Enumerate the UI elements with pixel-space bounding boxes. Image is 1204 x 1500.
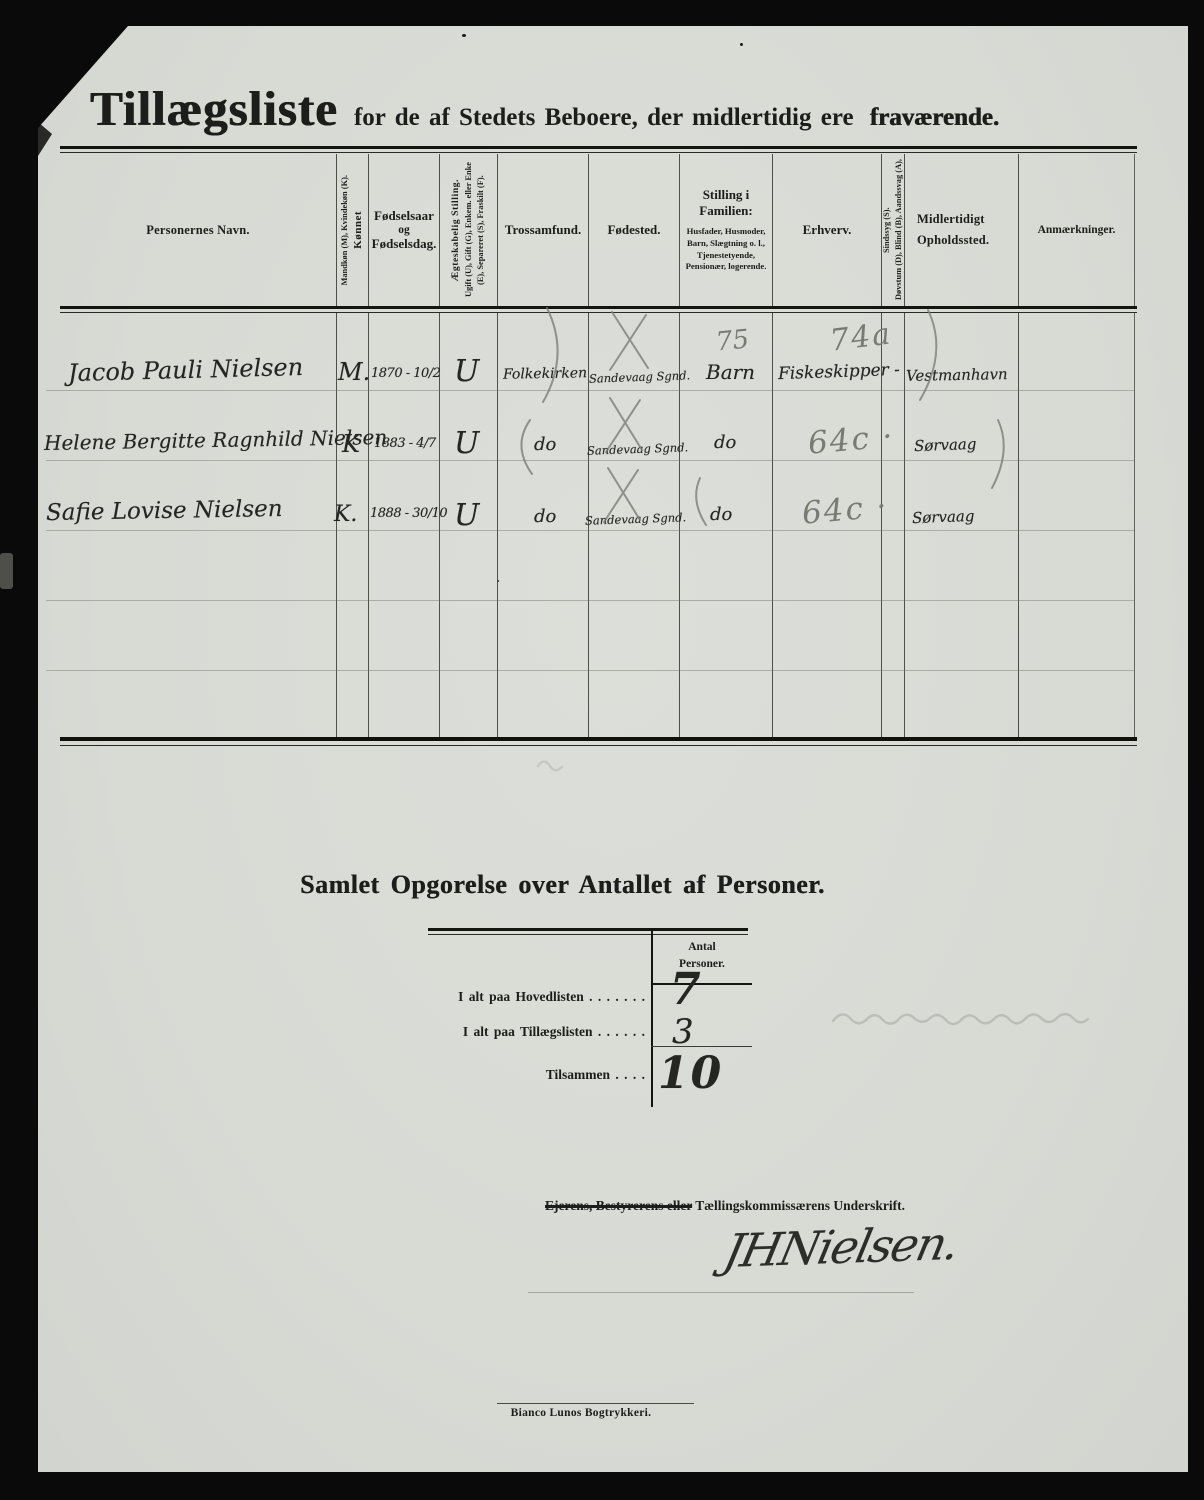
entry-row3-family-position: do <box>710 504 732 525</box>
summary-value-tillaegslisten: 3 <box>672 1012 694 1052</box>
page-title: Tillægsliste for de af Stedets Beboere, … <box>90 80 999 137</box>
summary-column-header-line: Antal <box>654 939 750 956</box>
column-header-kon: Mandkøn (M), Kvindekøn (K). Kønnet <box>336 154 368 306</box>
table-top-rule <box>60 146 1137 153</box>
form-subtitle-emphasis: fraværende. <box>870 104 999 132</box>
entry-row3-name: Safie Lovise Nielsen <box>46 496 283 526</box>
column-header-fodested: Fødested. <box>588 154 679 306</box>
row-rule <box>46 460 1134 461</box>
column-header-dovstum: Døvstum (D), Blind (B), Aandssvag (A), S… <box>881 154 904 306</box>
signature-baseline <box>528 1292 914 1293</box>
column-header-line: Fødselsaar <box>374 208 434 224</box>
entry-row3-sex: K. <box>334 502 357 527</box>
column-header-label: Ægteskabelig Stilling. <box>450 179 461 281</box>
ghost-mark <box>538 762 562 771</box>
column-header-label: Anmærkninger. <box>1038 224 1116 236</box>
entry-row2-temporary-residence: Sørvaag <box>914 435 977 455</box>
column-header-label: Fødested. <box>607 222 660 238</box>
entry-row1-occupation: Fiskeskipper - <box>778 360 901 384</box>
entry-row2-religion: do <box>534 434 556 455</box>
column-header-aegteskabelig: Ægteskabelig Stilling. Ugift (U), Gift (… <box>439 154 497 306</box>
table-header-row: Personernes Navn. Mandkøn (M), Kvindekøn… <box>60 154 1137 306</box>
entry-row2-birthdate: 1883 - 4/7 <box>374 436 436 451</box>
row-rule <box>46 530 1134 531</box>
summary-vertical-rule <box>651 931 653 1107</box>
column-header-label: Personernes Navn. <box>146 223 249 238</box>
column-header-trossamfund: Trossamfund. <box>497 154 588 306</box>
form-title: Tillægsliste <box>90 80 338 137</box>
scanned-census-page: { "document": { "title": "Tillægsliste",… <box>0 0 1204 1500</box>
entry-row2-marital: U <box>454 426 479 461</box>
entry-row1-family-position: Barn <box>706 360 755 384</box>
entry-row2-family-position: do <box>714 432 736 453</box>
handwritten-signature: JHNielsen. <box>719 1216 963 1278</box>
signature-caption-main: Tællingskommissærens Underskrift. <box>695 1198 905 1213</box>
pencil-code-row2-erhverv: 64c · <box>807 418 896 461</box>
column-header-line: Fødselsdag. <box>372 236 437 252</box>
summary-column-header: Antal Personer. <box>654 939 750 974</box>
column-header-line: Familien: <box>699 203 752 219</box>
column-header-line: Stilling i <box>703 187 750 203</box>
printer-rule <box>497 1403 694 1404</box>
column-header-label: Trossamfund. <box>505 222 581 238</box>
dust-speck <box>462 34 466 37</box>
summary-header-rule <box>651 983 752 985</box>
scan-edge-mark <box>0 553 13 589</box>
form-subtitle: for de af Stedets Beboere, der midlertid… <box>354 104 854 132</box>
column-header-label: Døvstum (D), Blind (B), Aandssvag (A), S… <box>881 158 905 302</box>
column-header-label: Kønnet <box>352 211 365 249</box>
column-header-sublabel: Husfader, Husmoder, Barn, Slægtning o. l… <box>682 226 770 273</box>
entry-row1-marital: U <box>454 354 479 389</box>
entry-row3-religion: do <box>534 506 556 527</box>
column-header-navn: Personernes Navn. <box>60 154 336 306</box>
column-header-stilling: Stilling i Familien: Husfader, Husmoder,… <box>679 154 772 306</box>
column-header-line: Midlertidigt <box>917 212 985 227</box>
row-rule <box>46 670 1134 671</box>
ghost-writing <box>833 1014 1088 1024</box>
row-rule <box>46 390 1134 391</box>
summary-label-tilsammen: Tilsammen . . . . <box>368 1067 645 1083</box>
entry-row1-religion: Folkekirken <box>503 365 587 382</box>
entry-row1-temporary-residence: Vestmanhavn <box>906 365 1008 385</box>
pencil-code-row1-erhverv: 74a <box>828 316 894 358</box>
row-rule <box>46 600 1134 601</box>
column-header-sublabel: Mandkøn (M), Kvindekøn (K). <box>340 175 350 286</box>
entry-row1-sex: M. <box>338 358 370 386</box>
summary-heading: Samlet Opgorelse over Antallet af Person… <box>300 870 825 900</box>
summary-value-tilsammen: 10 <box>658 1048 723 1099</box>
column-header-erhverv: Erhverv. <box>772 154 881 306</box>
column-header-anmaerkninger: Anmærkninger. <box>1018 154 1135 306</box>
printer-imprint: Bianco Lunos Bogtrykkeri. <box>475 1407 687 1419</box>
dust-speck <box>740 43 743 46</box>
summary-column-header-line: Personer. <box>654 956 750 973</box>
column-header-line: Opholdssted. <box>917 233 989 248</box>
entry-row3-temporary-residence: Sørvaag <box>912 507 975 527</box>
summary-value-hovedlisten: 7 <box>670 964 701 1015</box>
census-form-paper: Tillægsliste for de af Stedets Beboere, … <box>38 26 1188 1472</box>
summary-label-hovedlisten: I alt paa Hovedlisten . . . . . . . <box>368 989 645 1005</box>
entry-row2-sex: K <box>342 430 360 458</box>
summary-top-rule <box>428 928 748 935</box>
signature-caption-struck: Ejerens, Bestyrerens eller <box>545 1198 692 1213</box>
summary-total-rule <box>651 1046 752 1047</box>
entry-row3-birthdate: 1888 - 30/10 <box>370 506 447 521</box>
entry-row3-marital: U <box>454 498 479 533</box>
table-bottom-rule <box>60 737 1137 746</box>
entry-row1-birthdate: 1870 - 10/2 <box>371 366 440 381</box>
column-header-line: og <box>398 224 410 236</box>
column-header-fodselsaar: Fødselsaar og Fødselsdag. <box>368 154 439 306</box>
header-bottom-rule <box>60 306 1137 313</box>
column-header-label: Erhverv. <box>803 222 852 238</box>
summary-label-tillaegslisten: I alt paa Tillægslisten . . . . . . <box>368 1024 645 1040</box>
column-header-midlertidigt: Midlertidigt Opholdssted. <box>904 154 1018 306</box>
pencil-code-row1-stilling: 75 <box>715 324 751 357</box>
pencil-code-row3-erhverv: 64c · <box>801 488 890 531</box>
signature-caption: Ejerens, Bestyrerens eller Tællingskommi… <box>545 1198 905 1214</box>
column-header-sublabel: Ugift (U), Gift (G), Enkem. eller Enke (… <box>463 158 487 302</box>
body-column <box>1018 313 1135 737</box>
